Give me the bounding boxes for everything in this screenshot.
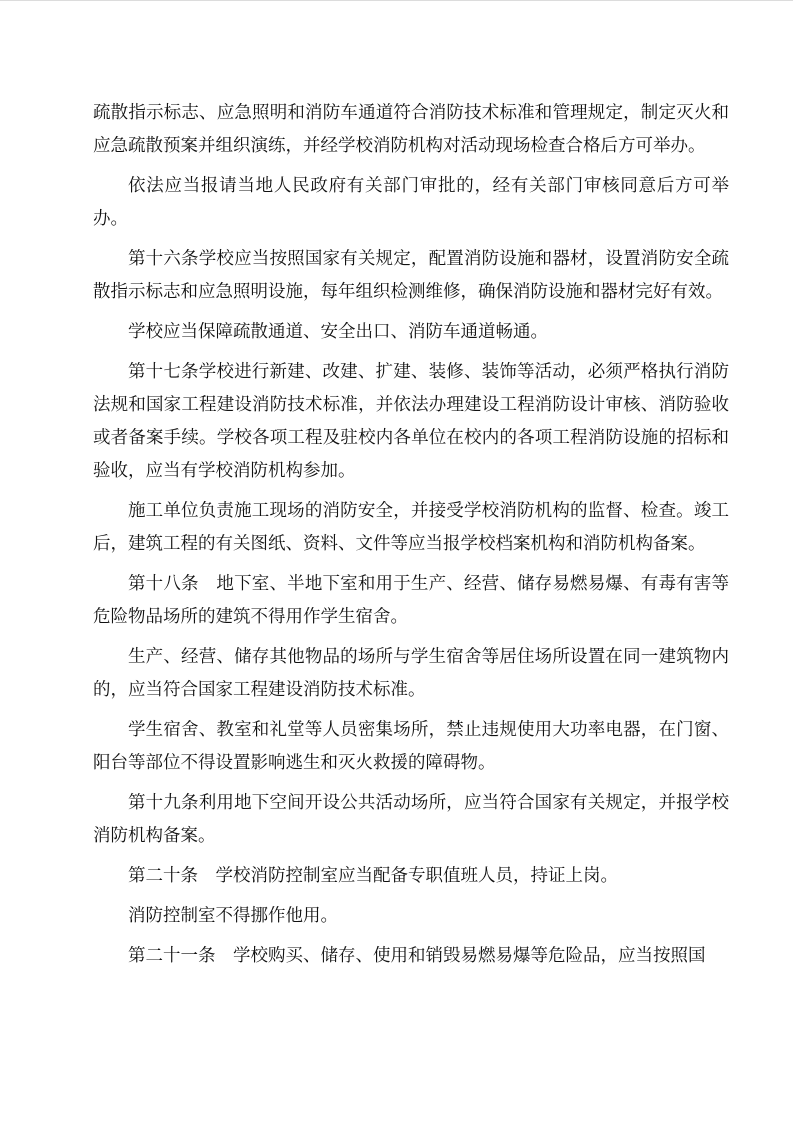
paragraph: 生产、经营、储存其他物品的场所与学生宿舍等居住场所设置在同一建筑物内的，应当符合…: [93, 640, 729, 706]
paragraph: 第十九条利用地下空间开设公共活动场所，应当符合国家有关规定，并报学校消防机构备案…: [93, 786, 729, 852]
paragraph: 学校应当保障疏散通道、安全出口、消防车通道畅通。: [93, 315, 729, 348]
document-page: 疏散指示标志、应急照明和消防车通道符合消防技术标准和管理规定，制定灭火和应急疏散…: [0, 0, 793, 1122]
document-body: 疏散指示标志、应急照明和消防车通道符合消防技术标准和管理规定，制定灭火和应急疏散…: [93, 96, 729, 979]
paragraph: 消防控制室不得挪作他用。: [93, 899, 729, 932]
paragraph: 施工单位负责施工现场的消防安全，并接受学校消防机构的监督、检查。竣工后，建筑工程…: [93, 494, 729, 560]
paragraph: 第十八条 地下室、半地下室和用于生产、经营、储存易燃易爆、有毒有害等危险物品场所…: [93, 567, 729, 633]
paragraph: 第十七条学校进行新建、改建、扩建、装修、装饰等活动，必须严格执行消防法规和国家工…: [93, 355, 729, 487]
paragraph: 依法应当报请当地人民政府有关部门审批的，经有关部门审核同意后方可举办。: [93, 169, 729, 235]
paragraph: 第十六条学校应当按照国家有关规定，配置消防设施和器材，设置消防安全疏散指示标志和…: [93, 242, 729, 308]
paragraph: 第二十一条 学校购买、储存、使用和销毁易燃易爆等危险品，应当按照国: [93, 939, 729, 972]
paragraph: 学生宿舍、教室和礼堂等人员密集场所，禁止违规使用大功率电器，在门窗、阳台等部位不…: [93, 713, 729, 779]
paragraph: 疏散指示标志、应急照明和消防车通道符合消防技术标准和管理规定，制定灭火和应急疏散…: [93, 96, 729, 162]
paragraph: 第二十条 学校消防控制室应当配备专职值班人员，持证上岗。: [93, 859, 729, 892]
